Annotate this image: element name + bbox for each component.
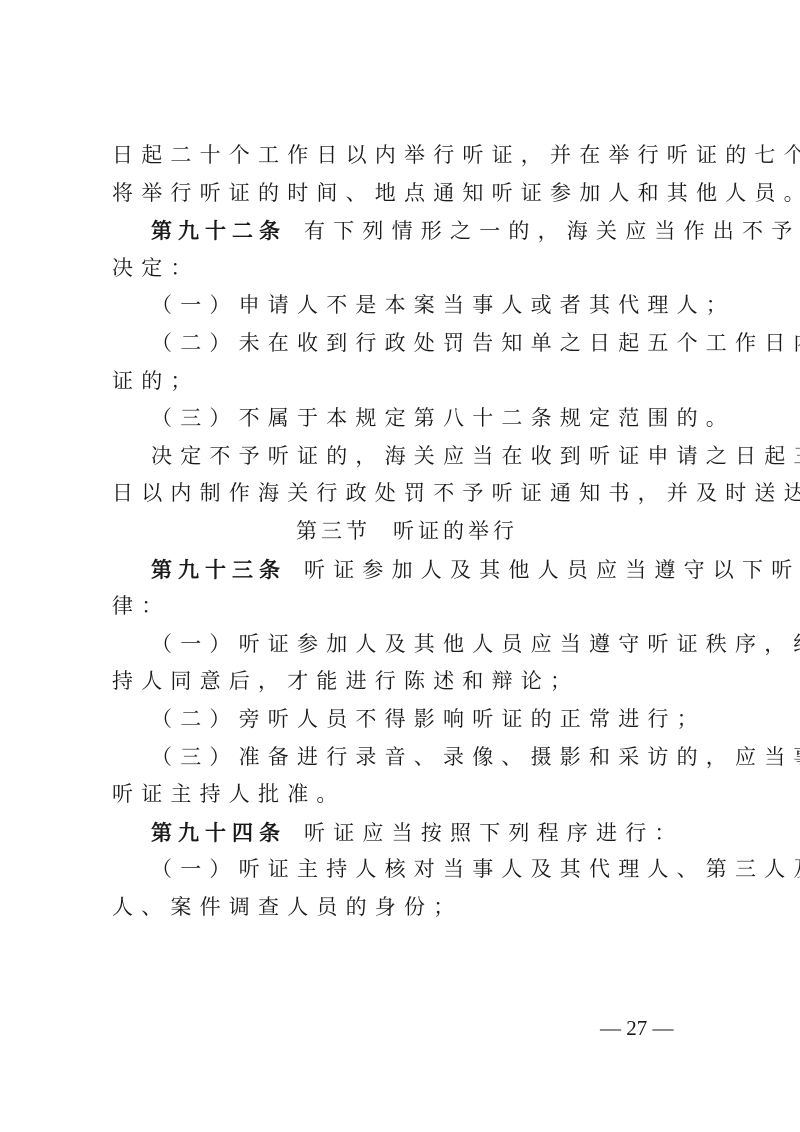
text-line: 持人同意后，才能进行陈述和辩论； <box>112 663 702 701</box>
section-heading: 第三节听证的举行 <box>112 513 702 551</box>
list-item: （一）申请人不是本案当事人或者其代理人； <box>112 287 702 325</box>
page-number: — 27 — <box>600 1016 710 1041</box>
section-number: 第三节 <box>296 519 371 543</box>
text-line: 决定： <box>112 250 702 288</box>
paragraph: 决定不予听证的，海关应当在收到听证申请之日起三个工作 <box>112 438 702 476</box>
article-93: 第九十三条听证参加人及其他人员应当遵守以下听证纪 <box>112 551 702 589</box>
article-label: 第九十三条 <box>151 557 286 582</box>
text-line: 日以内制作海关行政处罚不予听证通知书，并及时送达申请人。 <box>112 475 702 513</box>
text-line: 日起二十个工作日以内举行听证，并在举行听证的七个工作日前 <box>112 137 702 175</box>
article-92: 第九十二条有下列情形之一的，海关应当作出不予听证的 <box>112 212 702 250</box>
text-line: 听证主持人批准。 <box>112 776 702 814</box>
list-item: （一）听证主持人核对当事人及其代理人、第三人及其代理 <box>112 851 702 889</box>
article-text: 听证参加人及其他人员应当遵守以下听证纪 <box>304 558 800 582</box>
text-line: 人、案件调查人员的身份； <box>112 889 702 927</box>
article-label: 第九十四条 <box>151 820 286 845</box>
list-item: （三）不属于本规定第八十二条规定范围的。 <box>112 400 702 438</box>
text-line: 律： <box>112 588 702 626</box>
list-item: （三）准备进行录音、录像、摄影和采访的，应当事先报经 <box>112 739 702 777</box>
document-body: 日起二十个工作日以内举行听证，并在举行听证的七个工作日前 将举行听证的时间、地点… <box>112 137 702 926</box>
text-line: 将举行听证的时间、地点通知听证参加人和其他人员。 <box>112 175 702 213</box>
article-text: 有下列情形之一的，海关应当作出不予听证的 <box>304 219 800 243</box>
section-title: 听证的举行 <box>393 519 518 543</box>
list-item: （二）旁听人员不得影响听证的正常进行； <box>112 701 702 739</box>
list-item: （一）听证参加人及其他人员应当遵守听证秩序，经听证主 <box>112 626 702 664</box>
text-line: 证的； <box>112 363 702 401</box>
list-item: （二）未在收到行政处罚告知单之日起五个工作日内要求听 <box>112 325 702 363</box>
article-label: 第九十二条 <box>151 218 286 243</box>
article-text: 听证应当按照下列程序进行： <box>304 821 684 845</box>
article-94: 第九十四条听证应当按照下列程序进行： <box>112 814 702 852</box>
